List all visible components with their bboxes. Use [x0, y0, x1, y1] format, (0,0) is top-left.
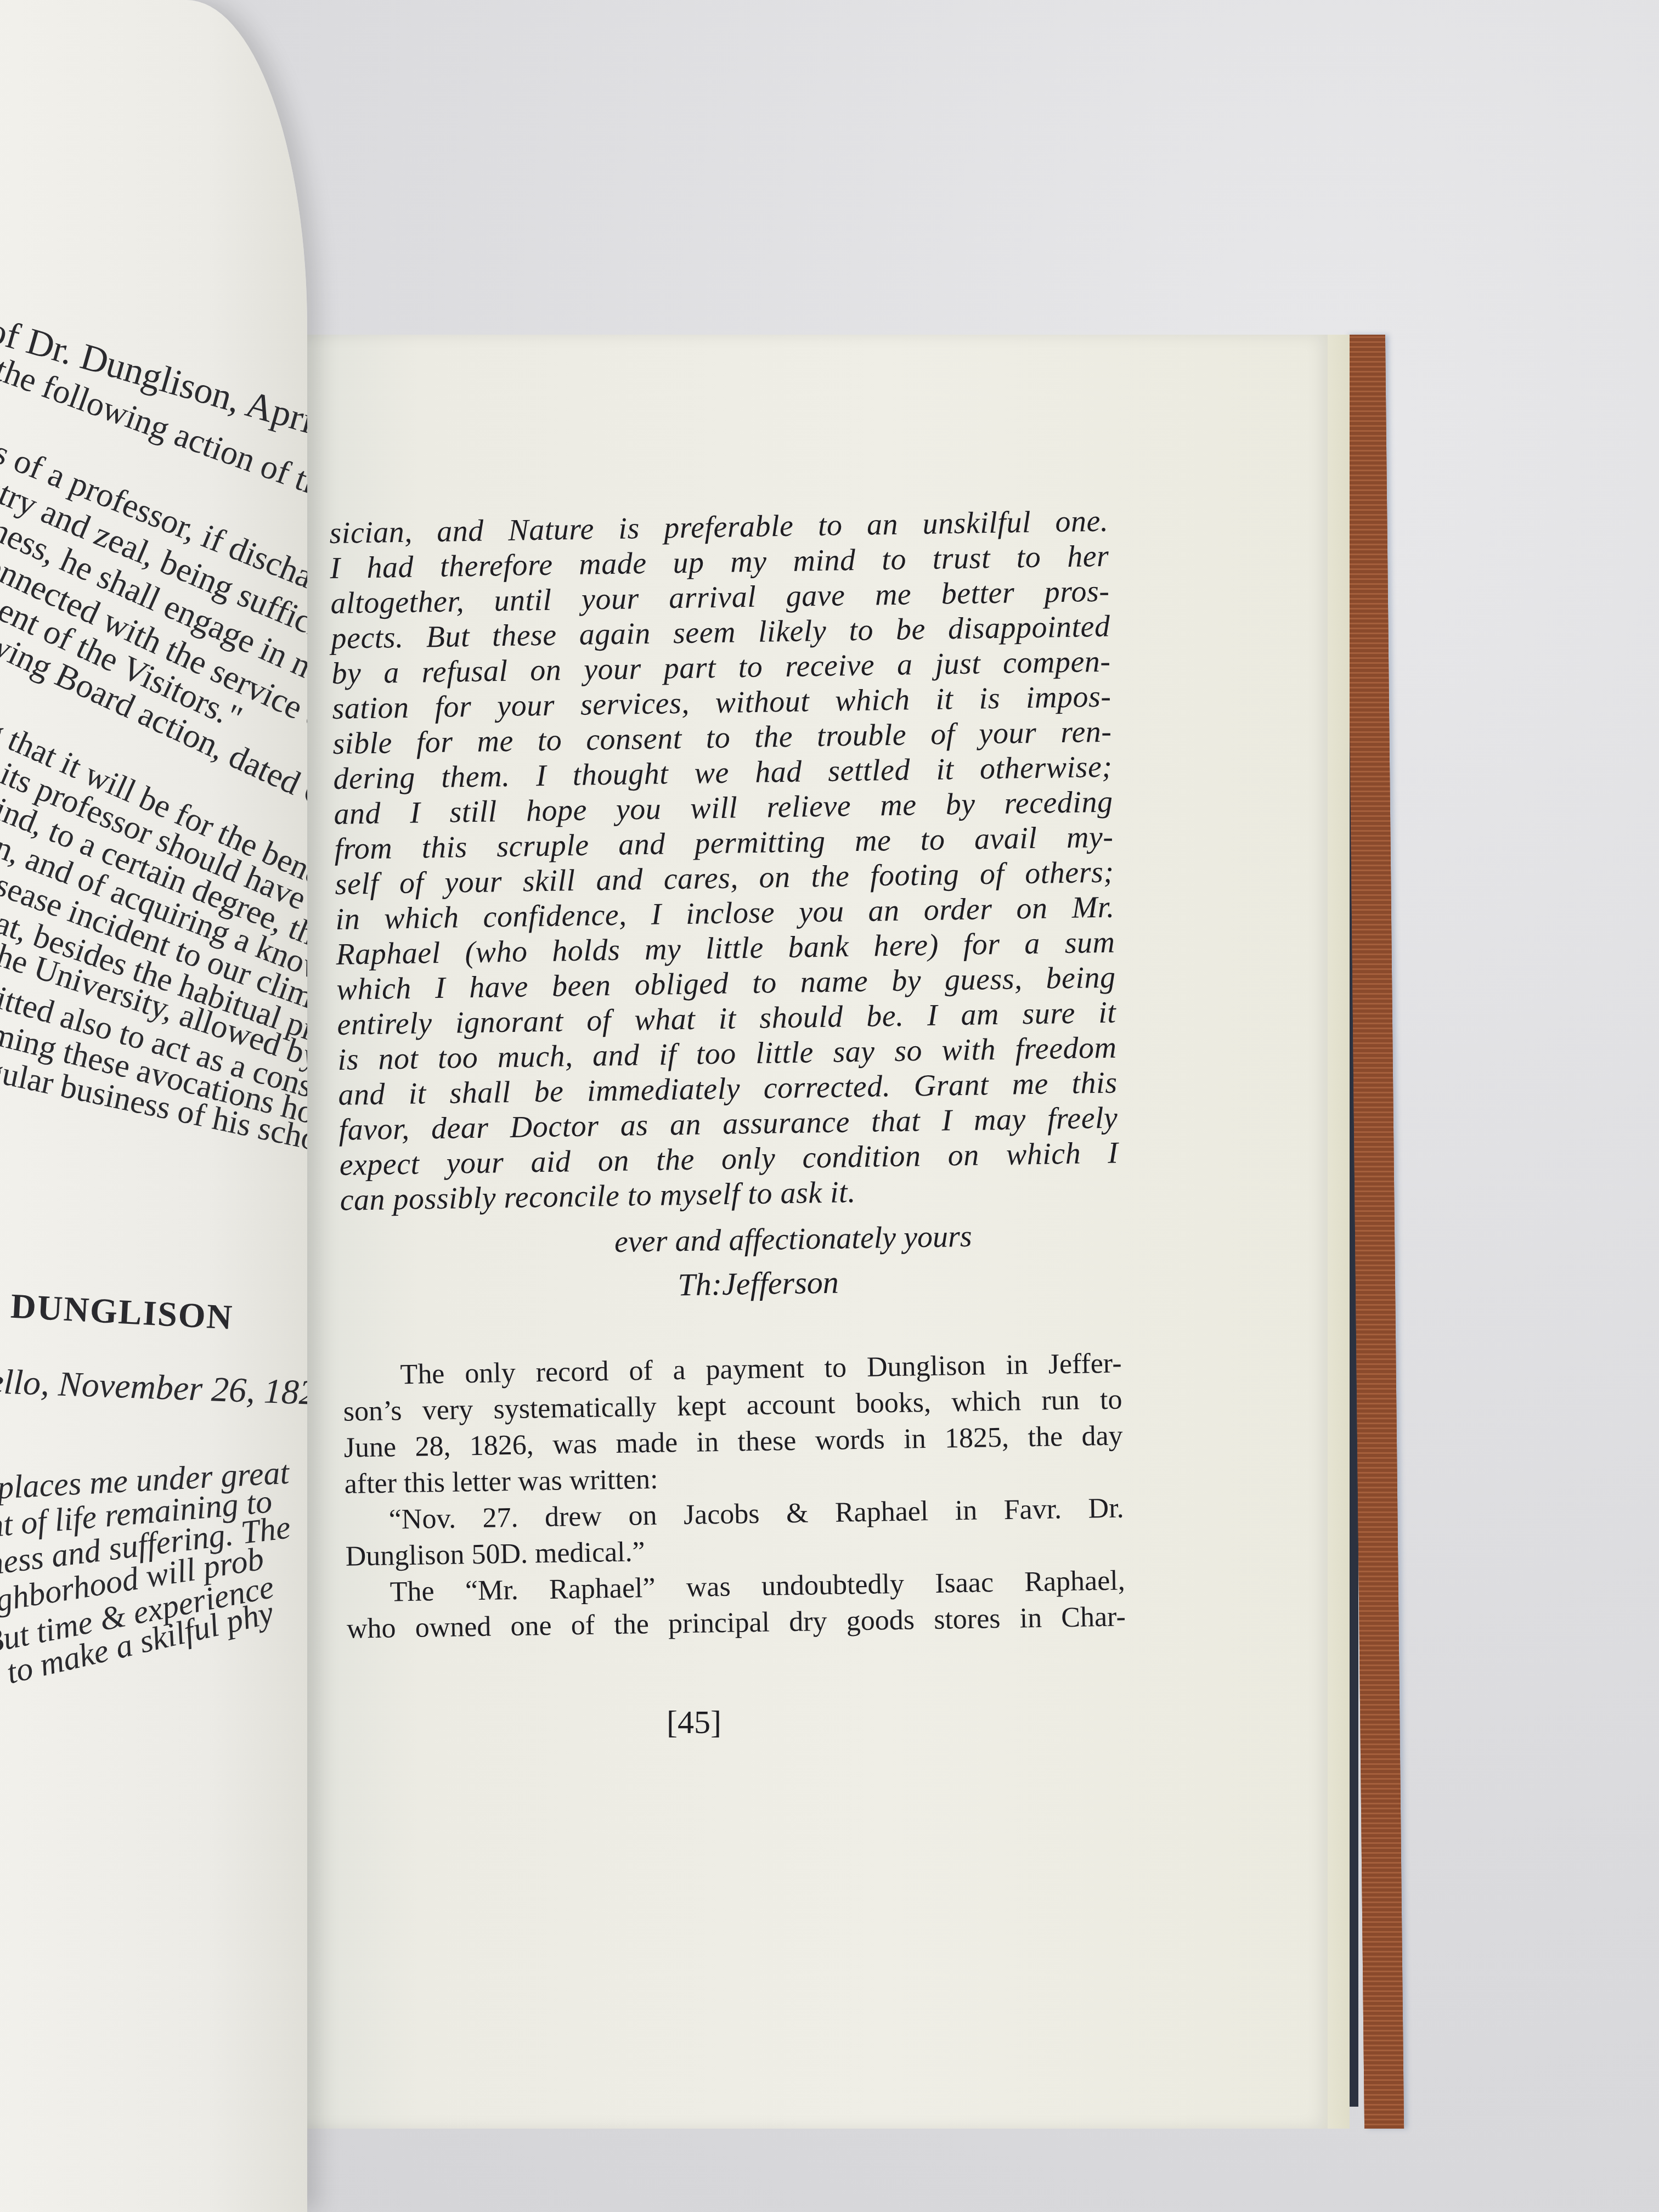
- letter-closing: ever and affectionately yours: [340, 1217, 1120, 1264]
- letter-signature: Th:Jefferson: [341, 1260, 1121, 1308]
- page-number: [45]: [667, 1703, 721, 1741]
- letter-body: sician, and Nature is preferable to an u…: [329, 504, 1119, 1218]
- left-page: of Dr. Dunglison, April 7, 18 d the foll…: [0, 0, 307, 2212]
- right-page-text-block: sician, and Nature is preferable to an u…: [329, 504, 1126, 1647]
- left-page-heading: O DUNGLISON: [0, 1284, 234, 1338]
- left-page-dateline: cello, November 26, 1825: [0, 1361, 307, 1414]
- narrative-paragraphs: The only record of a payment to Dungliso…: [342, 1346, 1126, 1647]
